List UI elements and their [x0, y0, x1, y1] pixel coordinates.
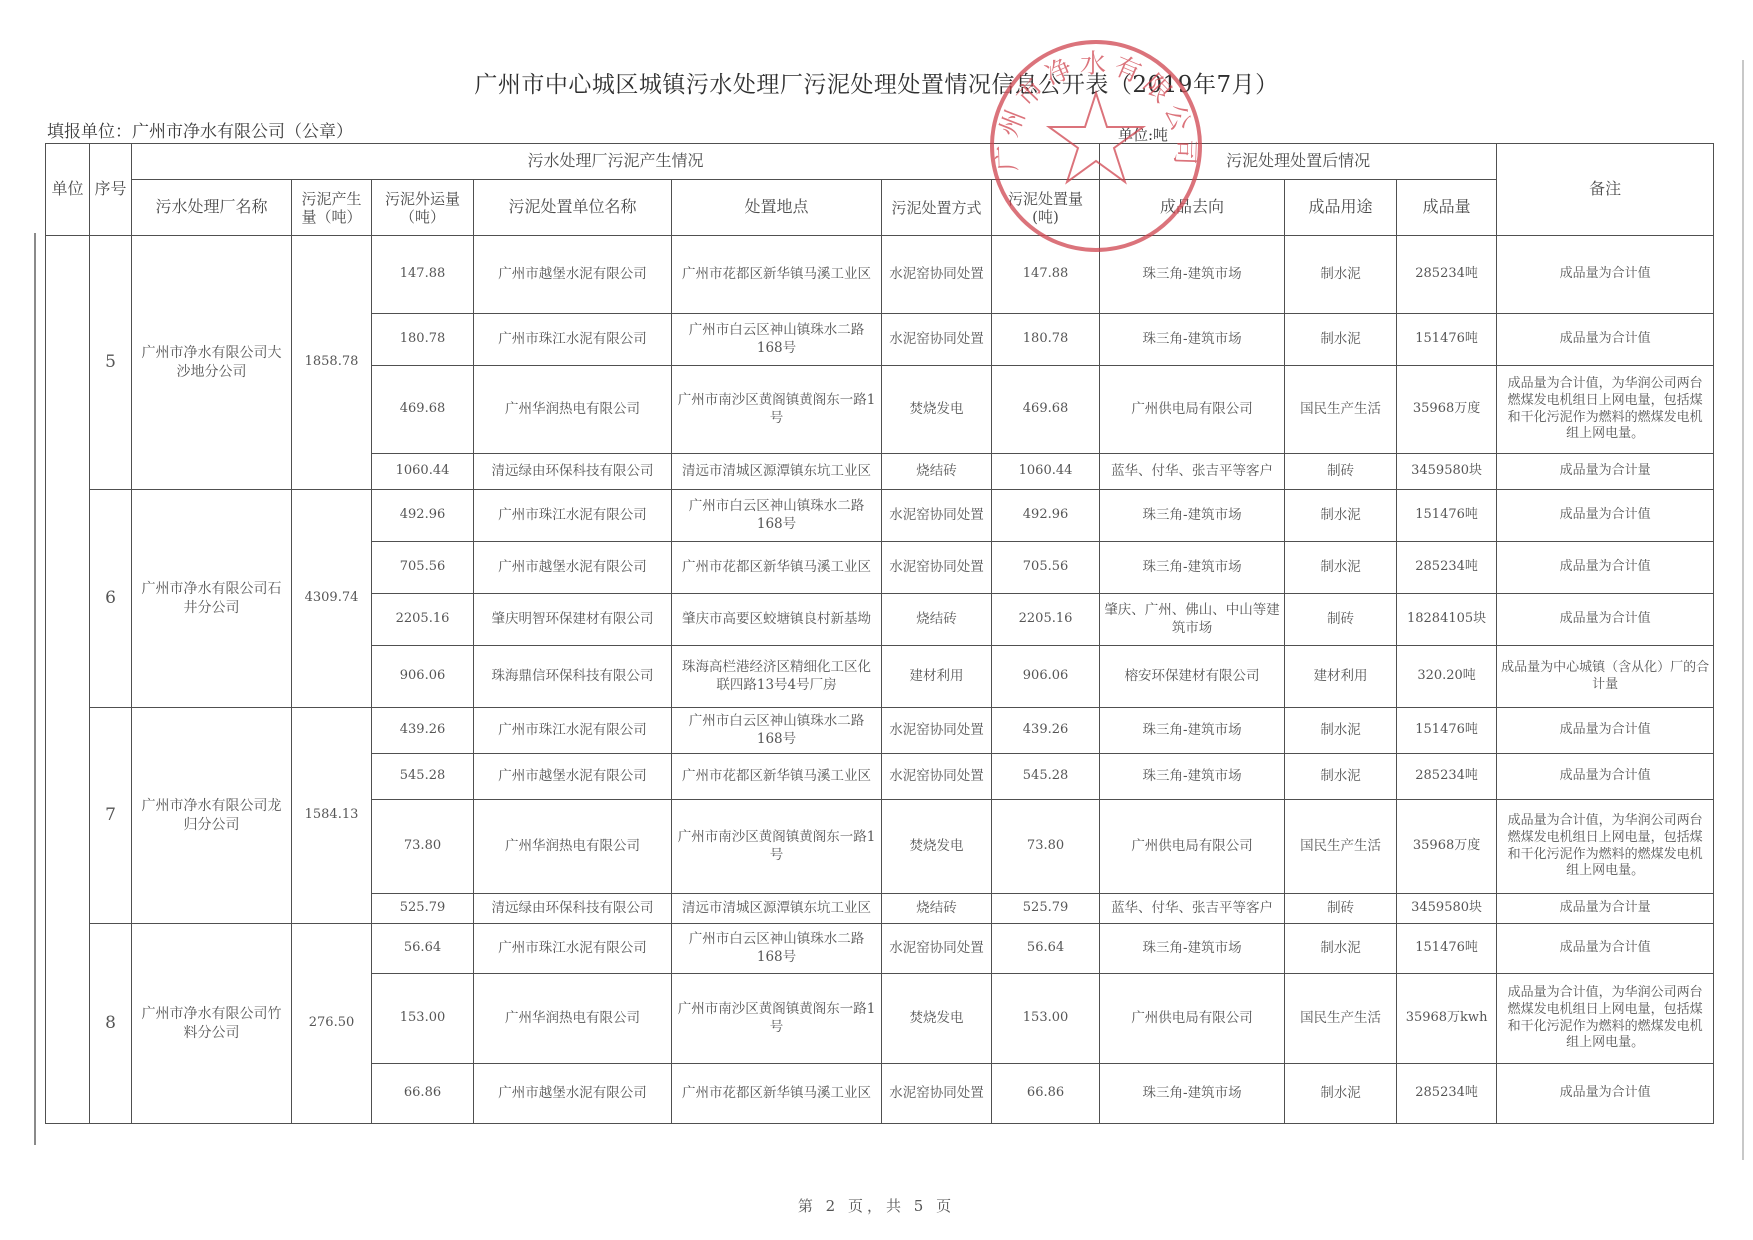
- header-plant-name: 污水处理厂名称: [132, 180, 292, 236]
- disposal-method-cell: 焚烧发电: [882, 974, 992, 1064]
- header-product-amount: 成品量: [1397, 180, 1497, 236]
- product-use-cell: 制水泥: [1285, 314, 1397, 366]
- table-row: 7广州市净水有限公司龙归分公司1584.13439.26广州市珠江水泥有限公司广…: [46, 708, 1714, 754]
- header-disposal-amount: 污泥处置量(吨): [992, 180, 1100, 236]
- disposal-method-cell: 烧结砖: [882, 454, 992, 490]
- seq-cell: 7: [90, 708, 132, 924]
- remarks-cell: 成品量为中心城镇（含从化）厂的合计量: [1497, 646, 1714, 708]
- product-use-cell: 制水泥: [1285, 490, 1397, 542]
- seq-cell: 5: [90, 236, 132, 490]
- disposal-site-cell: 广州市花都区新华镇马溪工业区: [672, 542, 882, 594]
- disposal-unit-cell: 肇庆明智环保建材有限公司: [474, 594, 672, 646]
- disposal-amount-cell: 705.56: [992, 542, 1100, 594]
- disposal-site-cell: 广州市花都区新华镇马溪工业区: [672, 236, 882, 314]
- disposal-method-cell: 水泥窑协同处置: [882, 708, 992, 754]
- seq-cell: 6: [90, 490, 132, 708]
- product-amount-cell: 35968万度: [1397, 800, 1497, 894]
- remarks-cell: 成品量为合计值: [1497, 1064, 1714, 1124]
- disposal-unit-cell: 广州华润热电有限公司: [474, 974, 672, 1064]
- disposal-unit-cell: 广州市越堡水泥有限公司: [474, 542, 672, 594]
- product-destination-cell: 珠三角-建筑市场: [1100, 708, 1285, 754]
- product-use-cell: 建材利用: [1285, 646, 1397, 708]
- disposal-site-cell: 广州市南沙区黄阁镇黄阁东一路1号: [672, 366, 882, 454]
- product-destination-cell: 珠三角-建筑市场: [1100, 924, 1285, 974]
- product-destination-cell: 肇庆、广州、佛山、中山等建筑市场: [1100, 594, 1285, 646]
- header-sludge-shipped: 污泥外运量（吨）: [372, 180, 474, 236]
- header-remarks: 备注: [1497, 144, 1714, 236]
- remarks-cell: 成品量为合计值，为华润公司两台燃煤发电机组日上网电量，包括煤和干化污泥作为燃料的…: [1497, 974, 1714, 1064]
- product-use-cell: 国民生产生活: [1285, 366, 1397, 454]
- product-amount-cell: 151476吨: [1397, 314, 1497, 366]
- product-use-cell: 制水泥: [1285, 924, 1397, 974]
- disposal-amount-cell: 66.86: [992, 1064, 1100, 1124]
- product-amount-cell: 18284105块: [1397, 594, 1497, 646]
- disposal-method-cell: 焚烧发电: [882, 366, 992, 454]
- disposal-unit-cell: 广州市越堡水泥有限公司: [474, 754, 672, 800]
- disposal-method-cell: 水泥窑协同处置: [882, 542, 992, 594]
- sludge-shipped-cell: 56.64: [372, 924, 474, 974]
- disposal-unit-cell: 广州市珠江水泥有限公司: [474, 708, 672, 754]
- disposal-method-cell: 水泥窑协同处置: [882, 490, 992, 542]
- product-amount-cell: 320.20吨: [1397, 646, 1497, 708]
- product-amount-cell: 3459580块: [1397, 894, 1497, 924]
- sludge-shipped-cell: 2205.16: [372, 594, 474, 646]
- product-use-cell: 制水泥: [1285, 236, 1397, 314]
- product-amount-cell: 151476吨: [1397, 924, 1497, 974]
- plant-name-cell: 广州市净水有限公司龙归分公司: [132, 708, 292, 924]
- page-indicator: 第 2 页，共 5 页: [0, 1195, 1753, 1216]
- header-disposal-method: 污泥处置方式: [882, 180, 992, 236]
- disposal-amount-cell: 545.28: [992, 754, 1100, 800]
- product-destination-cell: 广州供电局有限公司: [1100, 800, 1285, 894]
- product-use-cell: 国民生产生活: [1285, 974, 1397, 1064]
- sludge-disposal-table: 单位 序号 污水处理厂污泥产生情况 污泥处理处置后情况 备注 污水处理厂名称 污…: [45, 143, 1714, 1124]
- disposal-site-cell: 清远市清城区源潭镇东坑工业区: [672, 454, 882, 490]
- disposal-method-cell: 水泥窑协同处置: [882, 236, 992, 314]
- header-row-columns: 污水处理厂名称 污泥产生量（吨） 污泥外运量（吨） 污泥处置单位名称 处置地点 …: [46, 180, 1714, 236]
- disposal-method-cell: 烧结砖: [882, 594, 992, 646]
- sludge-shipped-cell: 73.80: [372, 800, 474, 894]
- product-destination-cell: 广州供电局有限公司: [1100, 366, 1285, 454]
- plant-name-cell: 广州市净水有限公司大沙地分公司: [132, 236, 292, 490]
- disposal-method-cell: 烧结砖: [882, 894, 992, 924]
- sludge-shipped-cell: 469.68: [372, 366, 474, 454]
- scan-edge-right: [1742, 60, 1744, 1160]
- sludge-produced-cell: 276.50: [292, 924, 372, 1124]
- remarks-cell: 成品量为合计值: [1497, 236, 1714, 314]
- disposal-site-cell: 广州市白云区神山镇珠水二路168号: [672, 708, 882, 754]
- disposal-method-cell: 焚烧发电: [882, 800, 992, 894]
- product-destination-cell: 珠三角-建筑市场: [1100, 542, 1285, 594]
- disposal-unit-cell: 清远绿由环保科技有限公司: [474, 454, 672, 490]
- product-amount-cell: 151476吨: [1397, 708, 1497, 754]
- product-amount-cell: 35968万kwh: [1397, 974, 1497, 1064]
- disposal-site-cell: 广州市花都区新华镇马溪工业区: [672, 754, 882, 800]
- header-sludge-produced: 污泥产生量（吨）: [292, 180, 372, 236]
- disposal-amount-cell: 2205.16: [992, 594, 1100, 646]
- sludge-shipped-cell: 1060.44: [372, 454, 474, 490]
- sludge-shipped-cell: 705.56: [372, 542, 474, 594]
- header-group-production: 污水处理厂污泥产生情况: [132, 144, 1100, 180]
- product-amount-cell: 3459580块: [1397, 454, 1497, 490]
- disposal-unit-cell: 广州华润热电有限公司: [474, 366, 672, 454]
- product-amount-cell: 35968万度: [1397, 366, 1497, 454]
- product-destination-cell: 榕安环保建材有限公司: [1100, 646, 1285, 708]
- header-product-use: 成品用途: [1285, 180, 1397, 236]
- disposal-site-cell: 广州市南沙区黄阁镇黄阁东一路1号: [672, 800, 882, 894]
- disposal-site-cell: 广州市白云区神山镇珠水二路168号: [672, 490, 882, 542]
- plant-name-cell: 广州市净水有限公司竹料分公司: [132, 924, 292, 1124]
- sludge-produced-cell: 1584.13: [292, 708, 372, 924]
- product-use-cell: 制水泥: [1285, 708, 1397, 754]
- remarks-cell: 成品量为合计值: [1497, 490, 1714, 542]
- disposal-amount-cell: 180.78: [992, 314, 1100, 366]
- disposal-amount-cell: 147.88: [992, 236, 1100, 314]
- disposal-method-cell: 水泥窑协同处置: [882, 924, 992, 974]
- remarks-cell: 成品量为合计量: [1497, 894, 1714, 924]
- remarks-cell: 成品量为合计量: [1497, 454, 1714, 490]
- disposal-site-cell: 广州市白云区神山镇珠水二路168号: [672, 314, 882, 366]
- product-destination-cell: 珠三角-建筑市场: [1100, 1064, 1285, 1124]
- disposal-amount-cell: 492.96: [992, 490, 1100, 542]
- sludge-shipped-cell: 147.88: [372, 236, 474, 314]
- sludge-shipped-cell: 180.78: [372, 314, 474, 366]
- table-row: 5广州市净水有限公司大沙地分公司1858.78147.88广州市越堡水泥有限公司…: [46, 236, 1714, 314]
- disposal-site-cell: 珠海高栏港经济区精细化工区化联四路13号4号厂房: [672, 646, 882, 708]
- table-row: 6广州市净水有限公司石井分公司4309.74492.96广州市珠江水泥有限公司广…: [46, 490, 1714, 542]
- document-title: 广州市中心城区城镇污水处理厂污泥处理处置情况信息公开表（2019年7月）: [0, 66, 1753, 99]
- product-use-cell: 制水泥: [1285, 754, 1397, 800]
- sludge-shipped-cell: 492.96: [372, 490, 474, 542]
- product-destination-cell: 珠三角-建筑市场: [1100, 314, 1285, 366]
- disposal-unit-cell: 广州市越堡水泥有限公司: [474, 236, 672, 314]
- remarks-cell: 成品量为合计值: [1497, 542, 1714, 594]
- table-row: 8广州市净水有限公司竹料分公司276.5056.64广州市珠江水泥有限公司广州市…: [46, 924, 1714, 974]
- sludge-produced-cell: 1858.78: [292, 236, 372, 490]
- header-row-group: 单位 序号 污水处理厂污泥产生情况 污泥处理处置后情况 备注: [46, 144, 1714, 180]
- disposal-amount-cell: 73.80: [992, 800, 1100, 894]
- remarks-cell: 成品量为合计值: [1497, 314, 1714, 366]
- product-destination-cell: 珠三角-建筑市场: [1100, 754, 1285, 800]
- scan-edge-left: [34, 233, 36, 1145]
- remarks-cell: 成品量为合计值: [1497, 924, 1714, 974]
- sludge-shipped-cell: 906.06: [372, 646, 474, 708]
- product-destination-cell: 珠三角-建筑市场: [1100, 236, 1285, 314]
- disposal-unit-cell: 广州市越堡水泥有限公司: [474, 1064, 672, 1124]
- disposal-amount-cell: 525.79: [992, 894, 1100, 924]
- product-use-cell: 制砖: [1285, 454, 1397, 490]
- product-amount-cell: 285234吨: [1397, 754, 1497, 800]
- disposal-site-cell: 广州市南沙区黄阁镇黄阁东一路1号: [672, 974, 882, 1064]
- header-seq: 序号: [90, 144, 132, 236]
- filler-unit-label: 填报单位：广州市净水有限公司（公章）: [47, 117, 353, 142]
- seq-cell: 8: [90, 924, 132, 1124]
- product-destination-cell: 蓝华、付华、张吉平等客户: [1100, 454, 1285, 490]
- product-amount-cell: 285234吨: [1397, 1064, 1497, 1124]
- product-use-cell: 制水泥: [1285, 1064, 1397, 1124]
- sludge-shipped-cell: 66.86: [372, 1064, 474, 1124]
- header-unit: 单位: [46, 144, 90, 236]
- disposal-method-cell: 建材利用: [882, 646, 992, 708]
- product-use-cell: 制砖: [1285, 894, 1397, 924]
- product-amount-cell: 151476吨: [1397, 490, 1497, 542]
- disposal-unit-cell: 广州市珠江水泥有限公司: [474, 490, 672, 542]
- header-disposal-site: 处置地点: [672, 180, 882, 236]
- disposal-unit-cell: 广州市珠江水泥有限公司: [474, 924, 672, 974]
- disposal-amount-cell: 439.26: [992, 708, 1100, 754]
- sludge-shipped-cell: 153.00: [372, 974, 474, 1064]
- product-destination-cell: 珠三角-建筑市场: [1100, 490, 1285, 542]
- disposal-amount-cell: 153.00: [992, 974, 1100, 1064]
- sludge-shipped-cell: 439.26: [372, 708, 474, 754]
- header-disposal-unit: 污泥处置单位名称: [474, 180, 672, 236]
- sludge-produced-cell: 4309.74: [292, 490, 372, 708]
- disposal-amount-cell: 469.68: [992, 366, 1100, 454]
- disposal-site-cell: 清远市清城区源潭镇东坑工业区: [672, 894, 882, 924]
- disposal-unit-cell: 珠海鼎信环保科技有限公司: [474, 646, 672, 708]
- disposal-method-cell: 水泥窑协同处置: [882, 314, 992, 366]
- disposal-amount-cell: 906.06: [992, 646, 1100, 708]
- disposal-amount-cell: 1060.44: [992, 454, 1100, 490]
- disposal-method-cell: 水泥窑协同处置: [882, 754, 992, 800]
- table-body: 5广州市净水有限公司大沙地分公司1858.78147.88广州市越堡水泥有限公司…: [46, 236, 1714, 1124]
- remarks-cell: 成品量为合计值，为华润公司两台燃煤发电机组日上网电量，包括煤和干化污泥作为燃料的…: [1497, 366, 1714, 454]
- product-destination-cell: 蓝华、付华、张吉平等客户: [1100, 894, 1285, 924]
- disposal-method-cell: 水泥窑协同处置: [882, 1064, 992, 1124]
- header-group-disposal: 污泥处理处置后情况: [1100, 144, 1497, 180]
- plant-name-cell: 广州市净水有限公司石井分公司: [132, 490, 292, 708]
- product-destination-cell: 广州供电局有限公司: [1100, 974, 1285, 1064]
- unit-cell: [46, 236, 90, 1124]
- header-product-destination: 成品去向: [1100, 180, 1285, 236]
- disposal-unit-cell: 广州华润热电有限公司: [474, 800, 672, 894]
- unit-label: 单位:吨: [1118, 124, 1168, 145]
- product-amount-cell: 285234吨: [1397, 542, 1497, 594]
- disposal-unit-cell: 广州市珠江水泥有限公司: [474, 314, 672, 366]
- remarks-cell: 成品量为合计值: [1497, 708, 1714, 754]
- disposal-site-cell: 肇庆市高要区蛟塘镇良村新基坳: [672, 594, 882, 646]
- disposal-site-cell: 广州市花都区新华镇马溪工业区: [672, 1064, 882, 1124]
- product-use-cell: 制水泥: [1285, 542, 1397, 594]
- product-use-cell: 国民生产生活: [1285, 800, 1397, 894]
- remarks-cell: 成品量为合计值: [1497, 754, 1714, 800]
- sludge-shipped-cell: 525.79: [372, 894, 474, 924]
- disposal-amount-cell: 56.64: [992, 924, 1100, 974]
- product-use-cell: 制砖: [1285, 594, 1397, 646]
- product-amount-cell: 285234吨: [1397, 236, 1497, 314]
- disposal-unit-cell: 清远绿由环保科技有限公司: [474, 894, 672, 924]
- sludge-shipped-cell: 545.28: [372, 754, 474, 800]
- disposal-site-cell: 广州市白云区神山镇珠水二路168号: [672, 924, 882, 974]
- remarks-cell: 成品量为合计值，为华润公司两台燃煤发电机组日上网电量，包括煤和干化污泥作为燃料的…: [1497, 800, 1714, 894]
- remarks-cell: 成品量为合计值: [1497, 594, 1714, 646]
